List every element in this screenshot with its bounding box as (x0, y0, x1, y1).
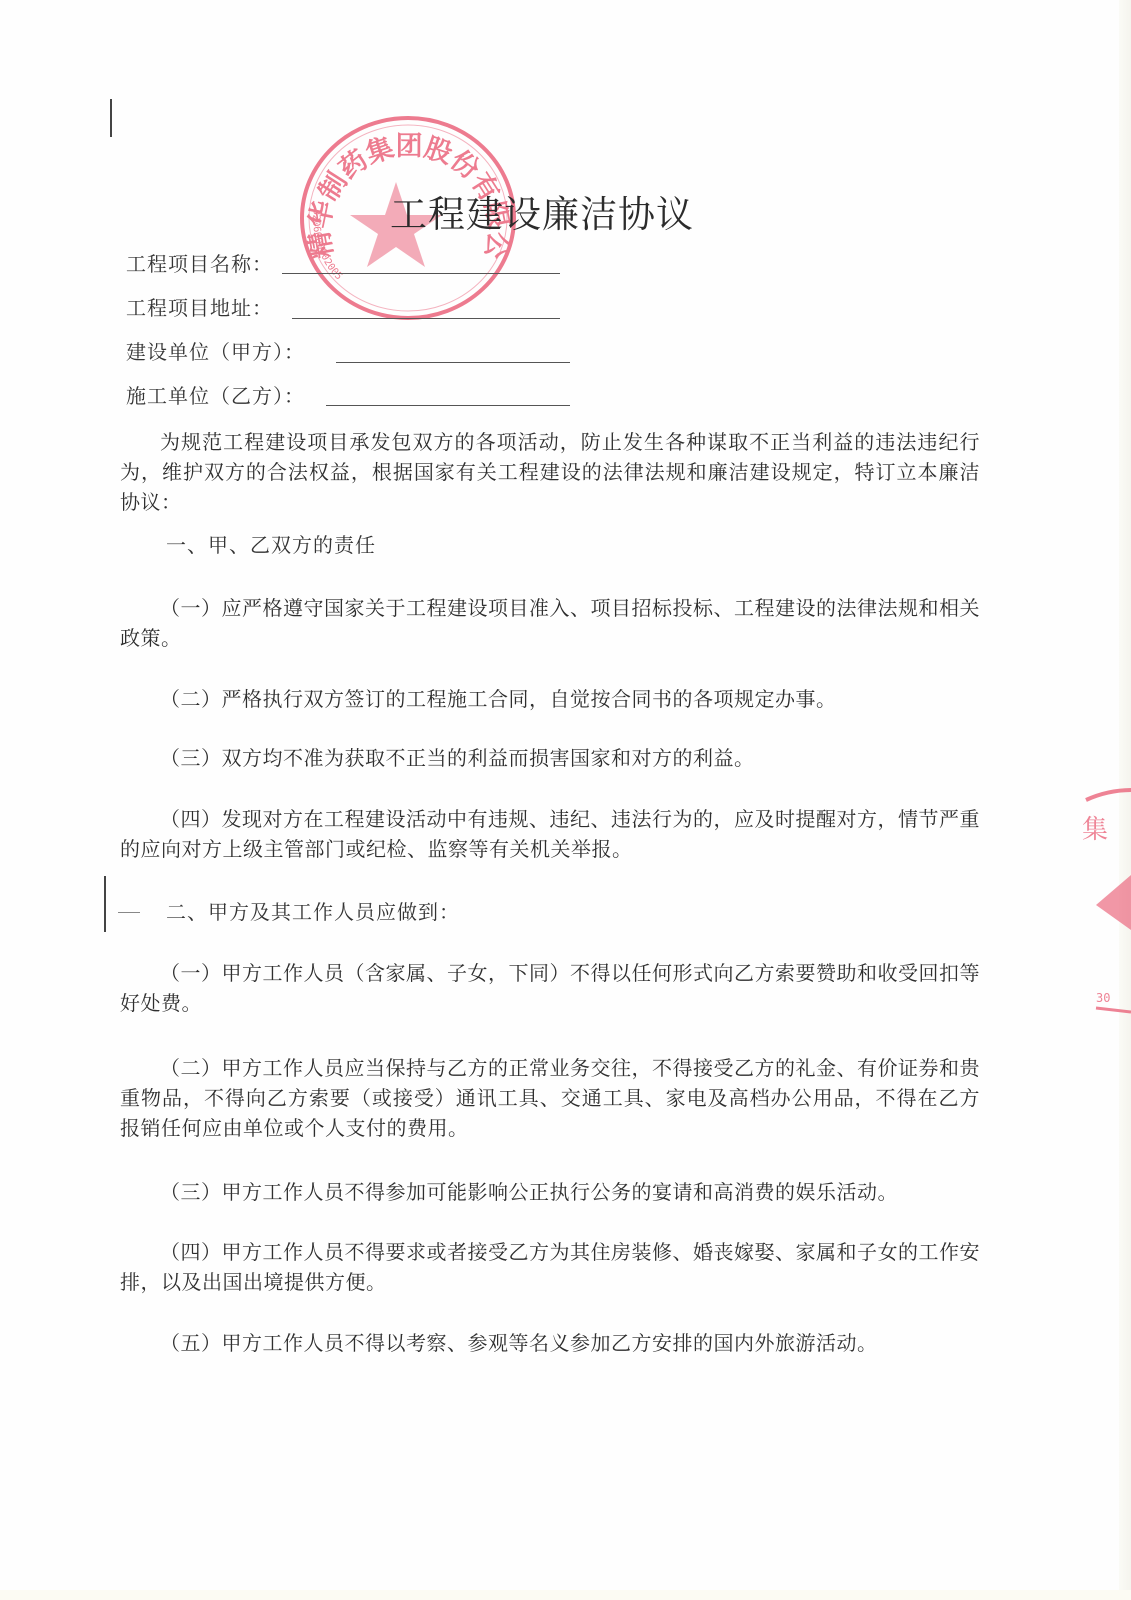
party-b-field[interactable] (326, 405, 570, 406)
project-address-label: 工程项目地址： (126, 292, 273, 321)
section-2-item-5: （五）甲方工作人员不得以考察、参观等名义参加乙方安排的国内外旅游活动。 (120, 1328, 980, 1358)
margin-mark-middle (104, 876, 106, 932)
party-a-label: 建设单位（甲方）： (126, 336, 305, 365)
party-b-label: 施工单位（乙方）： (126, 380, 305, 409)
partial-seal-code: 30 (1096, 991, 1110, 1005)
section-heading-1: 一、甲、乙双方的责任 (166, 529, 376, 558)
section-2-item-1: （一）甲方工作人员（含家属、子女，下同）不得以任何形式向乙方索要赞助和收受回扣等… (120, 958, 980, 1018)
margin-dash (118, 912, 140, 913)
preamble-paragraph: 为规范工程建设项目承发包双方的各项活动，防止发生各种谋取不正当利益的违法违纪行为… (120, 427, 980, 517)
party-a-field[interactable] (336, 362, 570, 363)
project-name-label: 工程项目名称： (126, 248, 273, 277)
section-heading-2: 二、甲方及其工作人员应做到： (166, 896, 460, 925)
section-1-item-1: （一）应严格遵守国家关于工程建设项目准入、项目招标投标、工程建设的法律法规和相关… (120, 593, 980, 653)
document-page: 精华制药集团股份有限公司 3206000002005 集 30 工程建设廉洁协议… (0, 0, 1131, 1600)
section-1-item-3: （三）双方均不准为获取不正当的利益而损害国家和对方的利益。 (120, 743, 980, 773)
section-1-item-4: （四）发现对方在工程建设活动中有违规、违纪、违法行为的，应及时提醒对方，情节严重… (120, 804, 980, 864)
partial-seal-text: 集 (1082, 815, 1108, 845)
section-2-item-4: （四）甲方工作人员不得要求或者接受乙方为其住房装修、婚丧嫁娶、家属和子女的工作安… (120, 1237, 980, 1297)
section-2-item-2: （二）甲方工作人员应当保持与乙方的正常业务交往，不得接受乙方的礼金、有价证券和贵… (120, 1053, 980, 1143)
partial-seal-icon: 集 30 (1066, 780, 1131, 1020)
section-2-item-3: （三）甲方工作人员不得参加可能影响公正执行公务的宴请和高消费的娱乐活动。 (120, 1177, 980, 1207)
section-1-item-2: （二）严格执行双方签订的工程施工合同，自觉按合同书的各项规定办事。 (120, 684, 980, 714)
project-address-field[interactable] (292, 318, 560, 319)
margin-mark-top (110, 99, 112, 137)
document-title: 工程建设廉洁协议 (390, 184, 694, 238)
page-edge-bottom (0, 1590, 1131, 1600)
project-name-field[interactable] (282, 273, 560, 274)
